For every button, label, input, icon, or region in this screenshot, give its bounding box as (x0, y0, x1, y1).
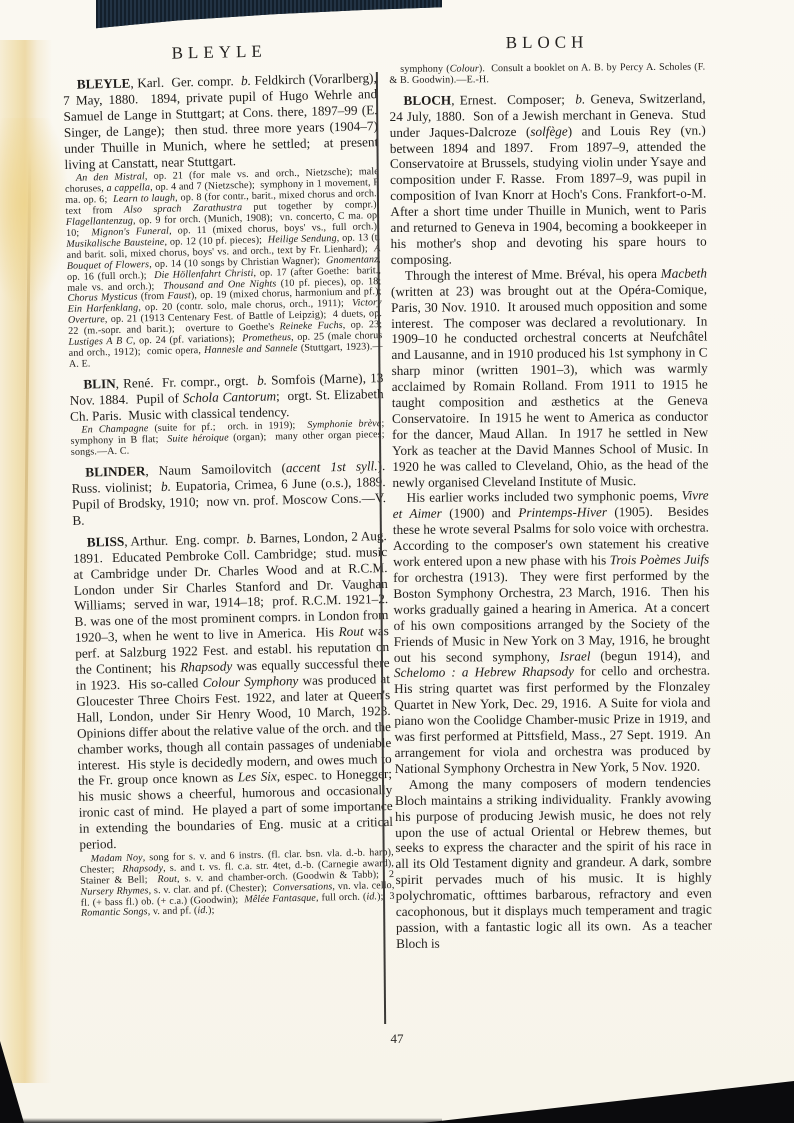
entry-paragraph: BLEYLE, Karl. Ger. compr. b. Feldkirch (… (63, 70, 379, 172)
right-column-header: BLOCH (389, 32, 705, 54)
entry-paragraph: BLOCH, Ernest. Composer; b. Geneva, Swit… (389, 90, 706, 267)
page-number: 47 (0, 1031, 794, 1047)
left-column-text: BLEYLE, Karl. Ger. compr. b. Feldkirch (… (63, 70, 395, 920)
right-column-text: symphony (Colour). Consult a booklet on … (389, 63, 712, 952)
entry-paragraph: Through the interest of Mme. Bréval, his… (391, 265, 709, 490)
entry-paragraph: Among the many composers of modern tende… (395, 774, 712, 951)
scan-bottom-edge (12, 1118, 442, 1123)
works-list: En Champagne (suite for pf.; orch. in 19… (70, 420, 385, 460)
works-list: An den Mistral, op. 21 (for male vs. and… (65, 168, 383, 371)
entry-paragraph: BLIN, René. Fr. compr., orgt. b. Somfois… (69, 370, 384, 425)
right-column: BLOCH symphony (Colour). Consult a bookl… (389, 32, 712, 952)
age-stain (0, 118, 70, 308)
entry-paragraph: BLISS, Arthur. Eng. compr. b. Barnes, Lo… (73, 528, 394, 853)
works-list: symphony (Colour). Consult a booklet on … (389, 63, 705, 87)
entry-paragraph: BLINDER, Naum Samoilovitch (accent 1st s… (71, 458, 386, 528)
left-column: BLEYLE BLEYLE, Karl. Ger. compr. b. Feld… (62, 39, 395, 920)
scanned-book-page: BLEYLE BLEYLE, Karl. Ger. compr. b. Feld… (0, 0, 794, 1123)
entry-paragraph: His earlier works included two symphonic… (393, 488, 711, 777)
works-list: Madam Noy, song for s. v. and 6 instrs. … (80, 848, 395, 920)
